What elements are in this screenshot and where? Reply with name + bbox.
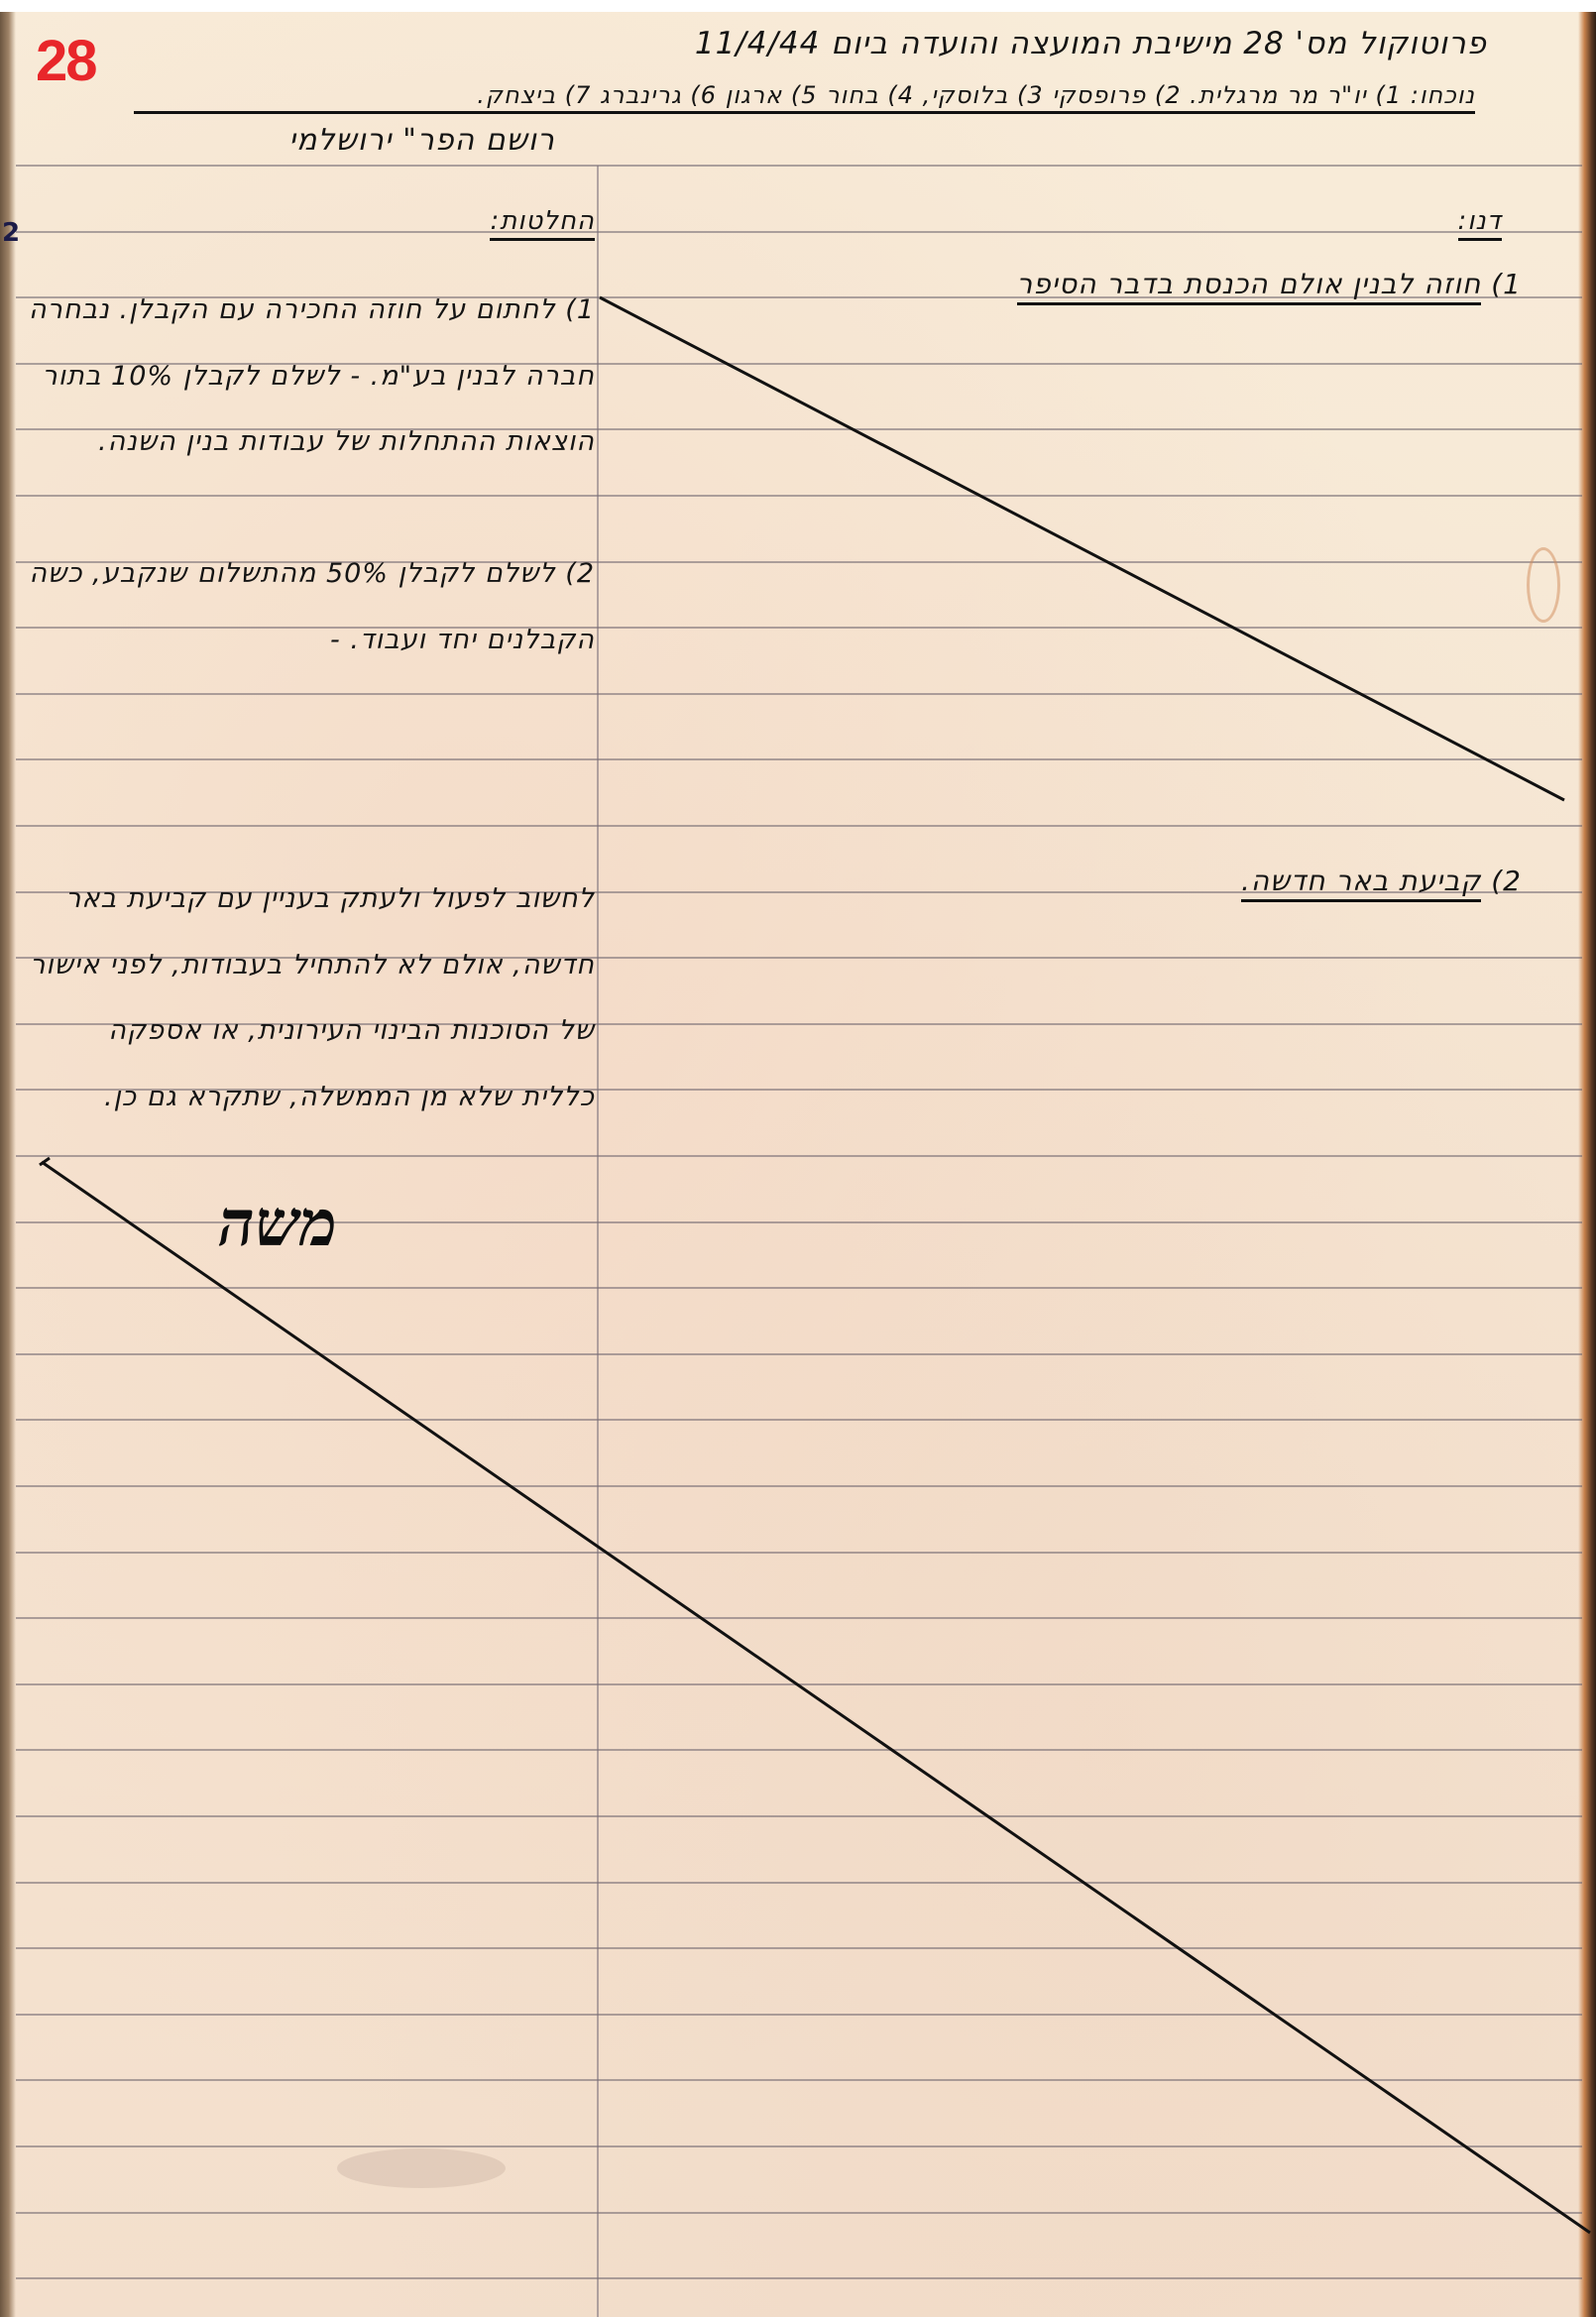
strike-through-lines bbox=[0, 12, 1596, 2317]
strike-line-item-1 bbox=[600, 297, 1564, 800]
strike-line-item-2 bbox=[42, 1162, 1590, 2233]
notebook-page: 28 פרוטוקול מס' 28 מישיבת המועצה והועדה … bbox=[0, 12, 1596, 2317]
